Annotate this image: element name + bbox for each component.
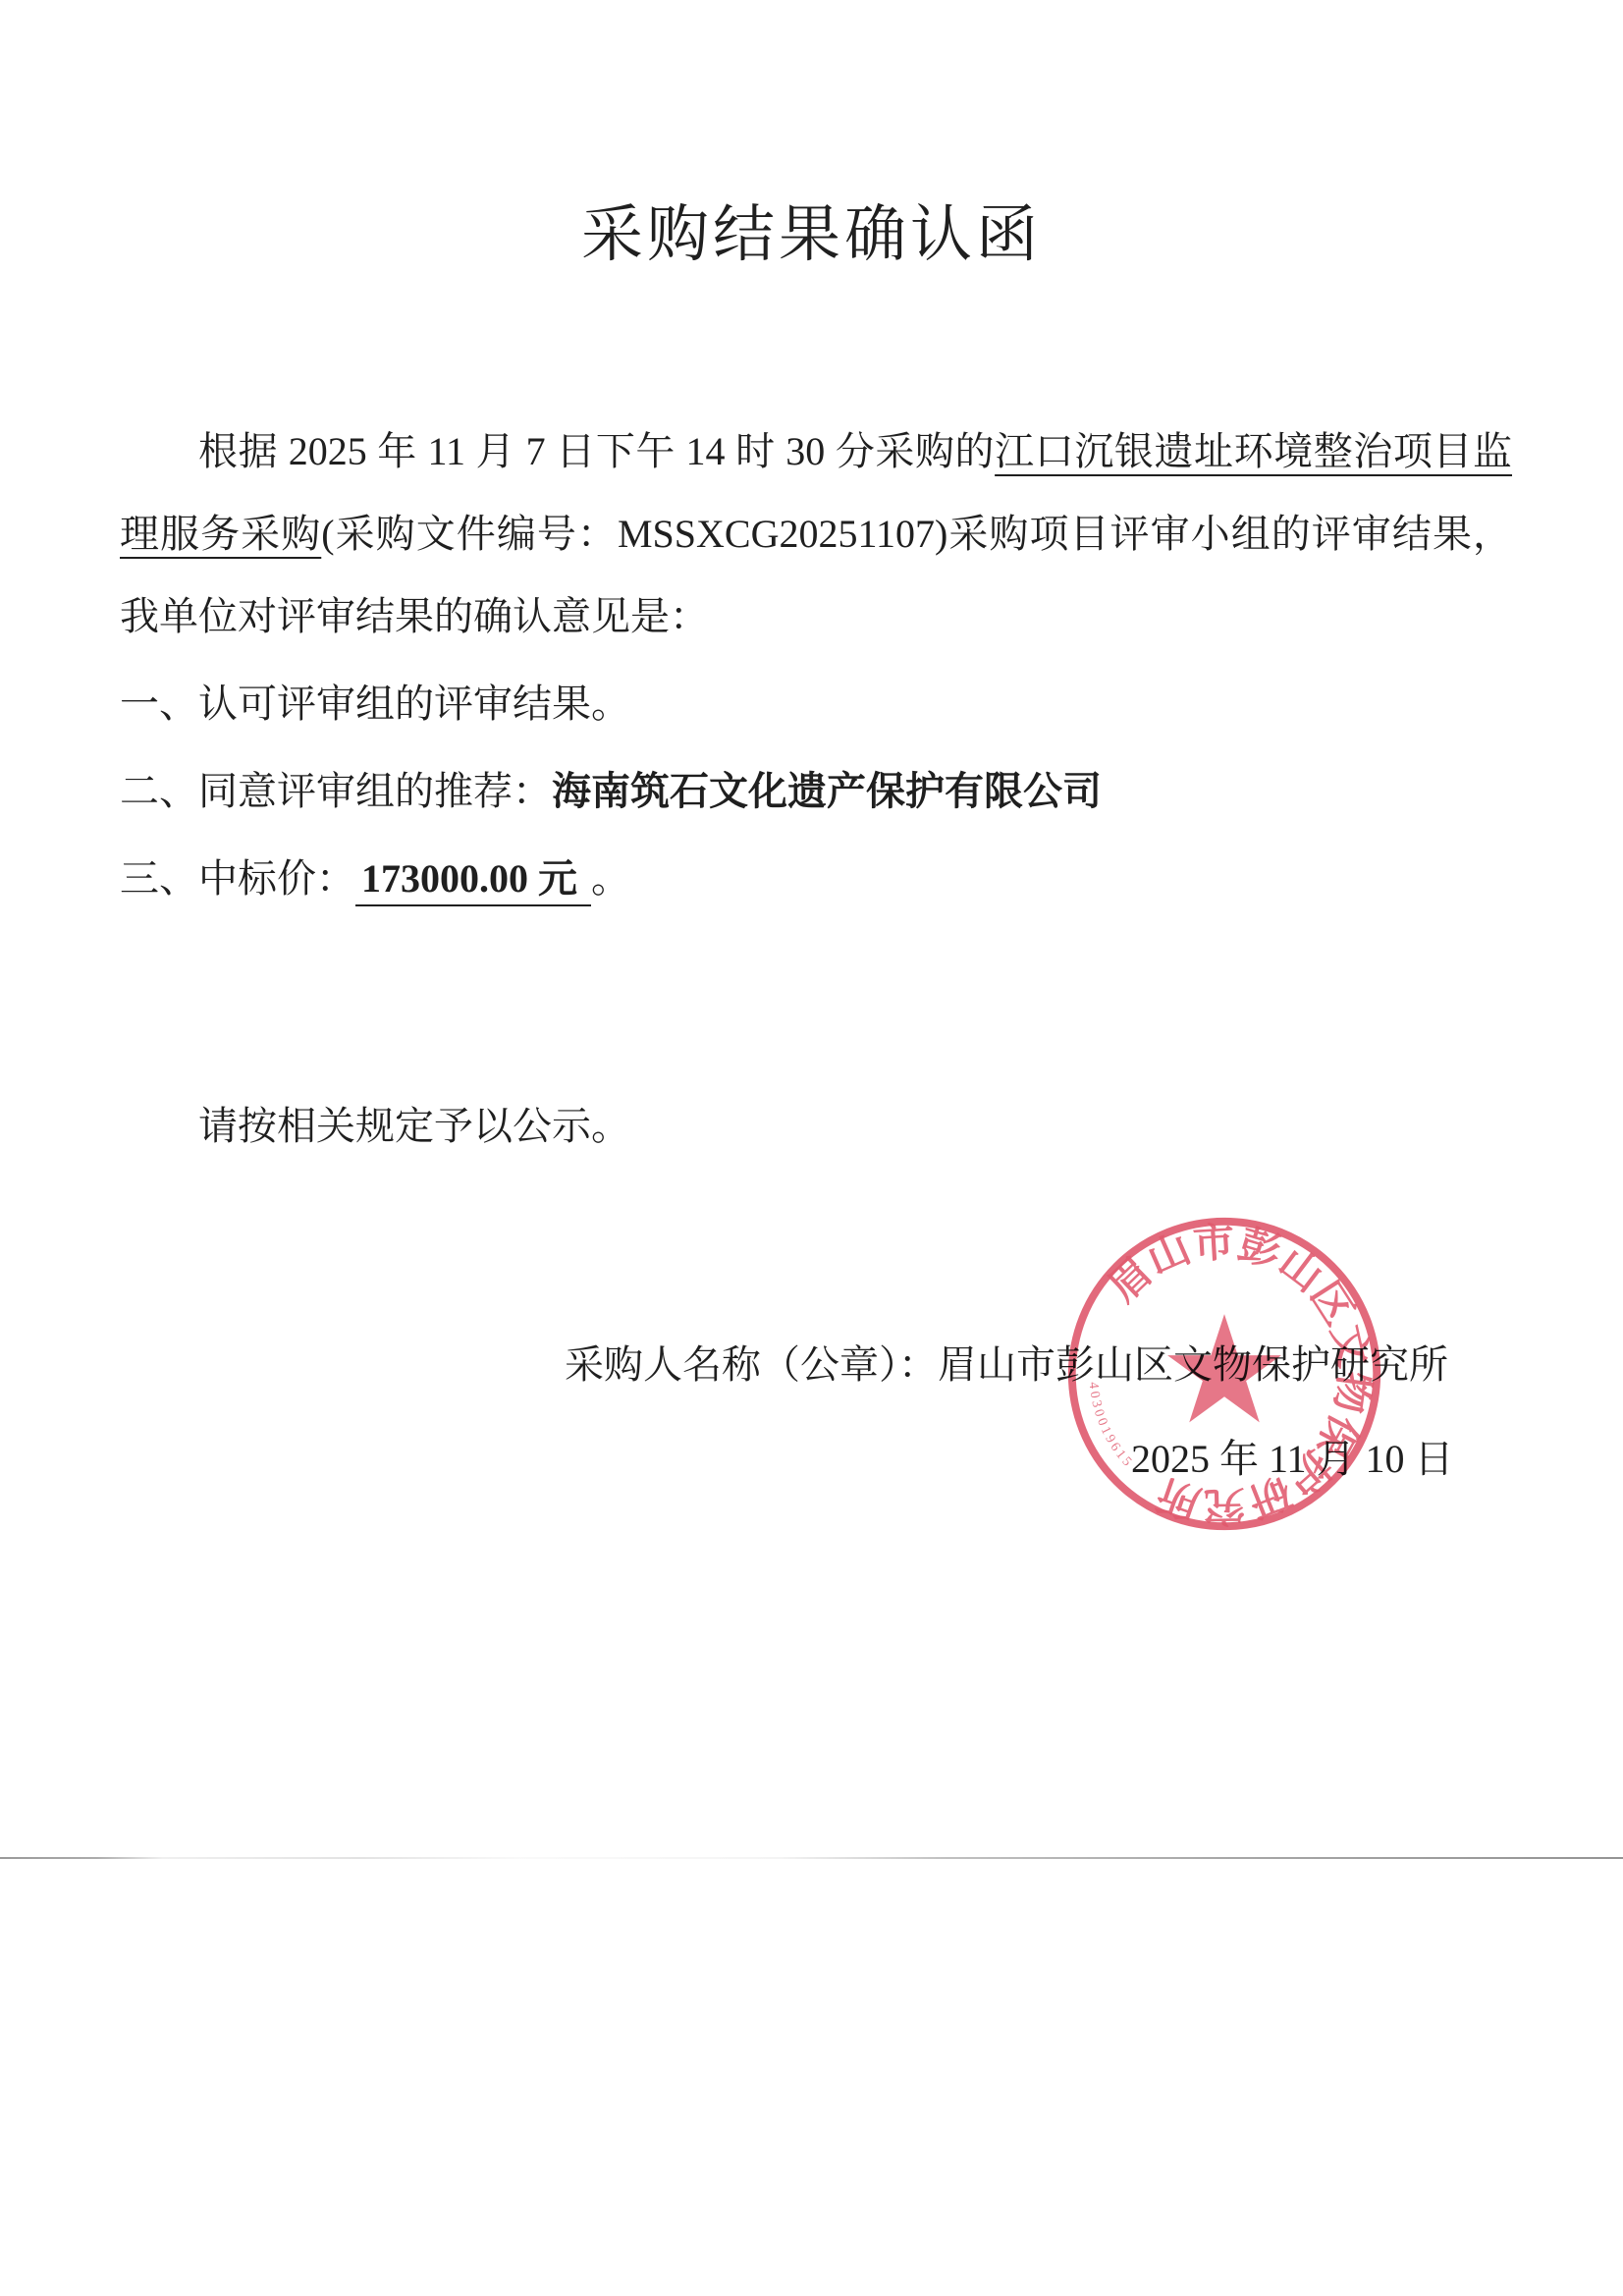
bid-price-value: 173000.00 元 (355, 856, 591, 906)
item-2: 二、同意评审组的推荐：海南筑石文化遗产保护有限公司 (120, 750, 1512, 833)
paragraph-lead: 根据 2025 年 11 月 7 日下午 14 时 30 分采购的 (198, 429, 995, 473)
document-title: 采购结果确认函 (0, 201, 1623, 269)
purchaser-label: 采购人名称（公章）： (565, 1342, 938, 1387)
scan-crease-line (0, 1857, 1623, 1859)
official-stamp: 眉山市彭山区文物保护研究所 4030019615 (1060, 1210, 1388, 1538)
document-body: 根据 2025 年 11 月 7 日下午 14 时 30 分采购的江口沉银遗址环… (120, 410, 1512, 1168)
paragraph-rest: (采购文件编号：MSSXCG20251107)采购项目评审小组的评审结果，我单位… (120, 512, 1512, 638)
item-3: 三、中标价：173000.00 元。 (120, 838, 1512, 920)
winning-company-name: 海南筑石文化遗产保护有限公司 (552, 769, 1102, 813)
item-2-prefix: 二、同意评审组的推荐： (120, 769, 552, 813)
stamp-star-icon (1167, 1314, 1281, 1422)
item-1: 一、认可评审组的评审结果。 (120, 663, 1512, 745)
scanned-document-page: 采购结果确认函 根据 2025 年 11 月 7 日下午 14 时 30 分采购… (0, 0, 1623, 2296)
item-3-suffix: 。 (591, 856, 630, 901)
public-notice-line: 请按相关规定予以公示。 (120, 1085, 1512, 1168)
item-3-prefix: 三、中标价： (120, 856, 355, 901)
main-paragraph: 根据 2025 年 11 月 7 日下午 14 时 30 分采购的江口沉银遗址环… (120, 410, 1512, 658)
